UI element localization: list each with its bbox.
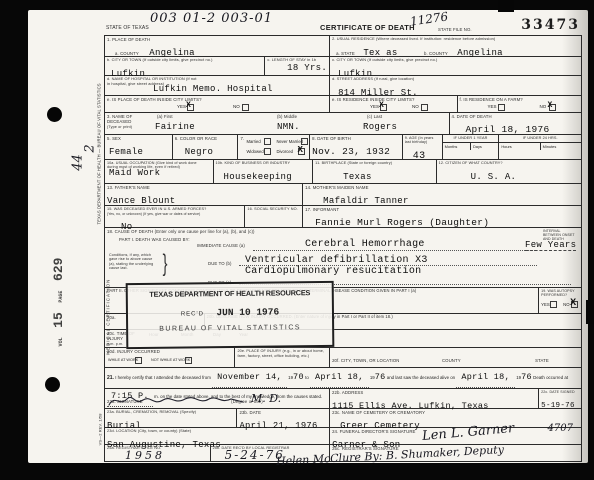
farm-no-checkbox: X	[549, 104, 556, 110]
cemetery-label: 23c. NAME OF CEMETERY OR CREMATORY	[332, 410, 579, 415]
row-hospital-street: d. NAME OF HOSPITAL OR INSTITUTION (If n…	[105, 76, 581, 96]
certification-number: 21.	[107, 375, 114, 381]
scan-artifact	[498, 0, 514, 12]
days-label: Days	[470, 143, 498, 150]
registrar-signature-cell: 25c. REGISTRAR'S SIGNATURE Helen McClure…	[330, 445, 581, 461]
injury-county-label: COUNTY	[442, 358, 461, 363]
to-word: to	[305, 375, 309, 380]
date-of-death-label: 4. DATE OF DEATH	[452, 114, 579, 119]
last-name-value: Rogers	[363, 122, 397, 132]
race-cell: 6. COLOR OR RACE Negro	[173, 135, 239, 159]
widowed-checkbox	[264, 148, 271, 154]
brace: }	[163, 250, 168, 278]
x-mark: X	[379, 101, 384, 110]
interval-value: Few Years	[525, 240, 576, 251]
burial-date-label: 23b. DATE	[239, 410, 327, 415]
informant-value: Fannie Murl Rogers (Daughter)	[315, 217, 489, 228]
residence-state-county-cell: 2. USUAL RESIDENCE (Where deceased lived…	[330, 36, 581, 56]
farm-cell: f. IS RESIDENCE ON A FARM? YES NO X	[458, 96, 581, 112]
name-cell: 3. NAME OF DECEASED (Type or print) (a) …	[105, 113, 450, 134]
date-signed-label: 22c. DATE SIGNED	[541, 390, 579, 394]
due-to-b-value-1: Ventricular defibrillation X3	[245, 255, 428, 266]
under-24-hrs-cell: IF UNDER 24 HRS. Hours Minutes	[499, 135, 581, 159]
injury-occurred-cell: 20d. INJURY OCCURRED WHILE AT WORK NOT W…	[105, 348, 235, 367]
certificate-form: MEDICAL CERTIFICATION STATE OF TEXAS 003…	[104, 15, 582, 462]
pod-county-label: a. COUNTY	[115, 51, 139, 56]
residence-section-label: 2. USUAL RESIDENCE (Where deceased lived…	[332, 37, 579, 42]
res-limits-yes-label: YES	[370, 104, 379, 109]
scanned-death-certificate: { "colors": {"paper":"#f6f4ef","ink":"#1…	[0, 0, 594, 480]
date-of-death-value: April 18, 1976	[466, 124, 550, 135]
x-mark: X	[297, 145, 302, 155]
farm-label: f. IS RESIDENCE ON A FARM?	[460, 97, 579, 102]
row-limits-farm: e. IS PLACE OF DEATH INSIDE CITY LIMITS?…	[105, 96, 581, 113]
certificate-title: CERTIFICATE OF DEATH	[320, 23, 415, 32]
checkbox	[185, 357, 192, 364]
stamp-recd-label: REC'D	[181, 311, 204, 317]
autopsy-no-checkbox: X	[571, 301, 578, 307]
hole-punch-bottom	[45, 377, 60, 392]
father-label: 13. FATHER'S NAME	[107, 185, 300, 190]
attended-from-date: November 14,	[212, 369, 287, 388]
injury-location-cell: 20f. CITY, TOWN, OR LOCATION COUNTY STAT…	[330, 348, 581, 367]
checkbox	[264, 138, 271, 145]
attended-to-date: April 18,	[310, 369, 369, 388]
row-parents: 13. FATHER'S NAME Vance Blount 14. MOTHE…	[105, 184, 581, 206]
married-checkbox	[264, 138, 271, 144]
res-limits-no-checkbox	[421, 104, 428, 110]
length-of-stay-cell: c. LENGTH OF STAY in 1b 18 Yrs.	[265, 57, 330, 75]
res-limits-label: e. IS RESIDENCE INSIDE CITY LIMITS?	[332, 97, 454, 102]
under-1-year-label: IF UNDER 1 YEAR	[443, 135, 499, 143]
sex-cell: 5. SEX Female	[105, 135, 173, 159]
business-cell: 10b. KIND OF BUSINESS OR INDUSTRY Housek…	[214, 160, 314, 183]
business-label: 10b. KIND OF BUSINESS OR INDUSTRY	[216, 161, 311, 166]
vol-number: 15	[51, 312, 66, 328]
margin-department-text: TEXAS DEPARTMENT OF HEALTH — BUREAU OF V…	[96, 95, 101, 225]
informant-label: 17. INFORMANT	[305, 207, 579, 212]
stamp-date-value: JUN 10 1976	[216, 306, 279, 318]
checkbox	[301, 138, 308, 145]
volume-page-stamp: VOL 15 PAGE 629	[49, 247, 61, 357]
attended-from-year: 70	[293, 369, 304, 387]
mother-cell: 14. MOTHER'S MAIDEN NAME Mafaldir Tanner	[303, 184, 581, 205]
not-while-at-work-checkbox	[185, 357, 192, 363]
state-file-no-label: STATE FILE NO.	[438, 27, 472, 32]
mother-label: 14. MOTHER'S MAIDEN NAME	[305, 185, 579, 190]
certification-cell: 21. I hereby certify that I attended the…	[105, 368, 581, 388]
row-sex-race-dob: 5. SEX Female 6. COLOR OR RACE Negro 7. …	[105, 135, 581, 160]
first-name-value: Fairine	[155, 122, 195, 132]
row-cause-of-death: 18. CAUSE OF DEATH (Enter only one cause…	[105, 228, 581, 288]
due-to-b-value-2: Cardiopulmonary resucitation	[245, 266, 421, 277]
citizen-label: 12. CITIZEN OF WHAT COUNTRY?	[439, 161, 579, 166]
funeral-director-cell: 24. FUNERAL DIRECTOR'S SIGNATURE Garner …	[330, 428, 581, 444]
place-of-injury-label: 20e. PLACE OF INJURY (e.g., in or about …	[237, 349, 327, 358]
immediate-cause-value: Cerebral Hemorrhage	[305, 239, 425, 250]
sex-value: Female	[109, 147, 143, 157]
burial-cell: 23a. BURIAL, CREMATION, REMOVAL (Specify…	[105, 409, 237, 427]
citizen-value: U. S. A.	[471, 172, 517, 182]
pod-city-label: b. CITY OR TOWN (If outside city limits,…	[107, 58, 262, 63]
age-cell: 9. AGE (In years last birthday) 43	[403, 135, 443, 159]
res-city-cell: c. CITY OR TOWN (If outside city limits,…	[330, 57, 581, 75]
never-married-label: Never Married	[276, 139, 303, 144]
stamp-line-2: BUREAU OF VITAL STATISTICS	[128, 324, 332, 333]
x-mark: X	[186, 101, 191, 110]
hole-punch-top	[47, 107, 62, 122]
married-label: Married	[246, 139, 260, 144]
x-mark: X	[570, 298, 576, 309]
while-at-work-checkbox	[135, 357, 142, 363]
physician-address-cell: 22b. ADDRESS 1115 Ellis Ave. Lufkin, Tex…	[330, 389, 539, 408]
pod-limits-label: e. IS PLACE OF DEATH INSIDE CITY LIMITS?	[107, 97, 327, 102]
burial-location-label: 23d. LOCATION (City, town, or county) (S…	[107, 429, 327, 434]
part1-label: PART I. DEATH WAS CAUSED BY:	[119, 237, 190, 242]
row-certification: 21. I hereby certify that I attended the…	[105, 368, 581, 389]
divorced-checkbox: X	[298, 148, 305, 154]
place-of-injury-cell: 20e. PLACE OF INJURY (e.g., in or about …	[235, 348, 330, 367]
checkbox	[135, 357, 142, 364]
autopsy-label: 19. WAS AUTOPSY PERFORMED?	[541, 289, 579, 298]
res-state-label: a. STATE	[336, 51, 355, 56]
stamp-date-line: REC'D JUN 10 1976	[128, 301, 332, 321]
pod-limits-yes-checkbox: X	[187, 104, 194, 110]
birthplace-cell: 11. BIRTHPLACE (State or foreign country…	[313, 160, 436, 183]
divorced-label: Divorced	[276, 149, 293, 154]
under-24-hrs-label: IF UNDER 24 HRS.	[499, 135, 581, 143]
conditions-note: Conditions, if any, which gave rise to a…	[109, 253, 159, 271]
stamp-line-1: TEXAS DEPARTMENT OF HEALTH RESOURCES	[128, 288, 332, 299]
physician-address-label: 22b. ADDRESS	[332, 390, 536, 395]
name-label: 3. NAME OF DECEASED	[107, 114, 141, 124]
months-label: Months	[443, 143, 470, 150]
injury-ampm-label: a.m. p.m.	[107, 342, 123, 346]
age-label: 9. AGE (In years last birthday)	[405, 136, 440, 145]
received-stamp: TEXAS DEPARTMENT OF HEALTH RESOURCES REC…	[126, 281, 335, 349]
ssn-cell: 16. SOCIAL SECURITY NO.	[245, 206, 303, 227]
dob-cell: 8. DATE OF BIRTH Nov. 23, 1932	[310, 135, 403, 159]
mother-value: Mafaldir Tanner	[323, 196, 409, 206]
father-cell: 13. FATHER'S NAME Vance Blount	[105, 184, 303, 205]
registrar-file-value: 1958	[125, 449, 165, 462]
res-limits-yes-checkbox: X	[380, 104, 387, 110]
race-label: 6. COLOR OR RACE	[175, 136, 236, 141]
certification-text-3: Death occurred at	[533, 375, 568, 380]
autopsy-yes-label: YES	[541, 302, 550, 307]
ssn-label: 16. SOCIAL SECURITY NO.	[247, 207, 300, 212]
checkbox	[242, 104, 249, 111]
last-alive-date: April 18,	[456, 369, 515, 388]
handwritten-district-codes: 003 01-2 003-01	[150, 11, 273, 26]
autopsy-no-label: NO	[563, 302, 569, 307]
row-name-dod: 3. NAME OF DECEASED (Type or print) (a) …	[105, 113, 581, 135]
handwritten-certificate-number: 11276	[409, 9, 449, 28]
place-of-death-county-cell: 1. PLACE OF DEATH a. COUNTY Angelina	[105, 36, 330, 56]
never-married-checkbox	[301, 138, 308, 144]
row-county-residence: 1. PLACE OF DEATH a. COUNTY Angelina 2. …	[105, 36, 581, 57]
pod-limits-yes-label: YES	[177, 104, 186, 109]
burial-label: 23a. BURIAL, CREMATION, REMOVAL (Specify…	[107, 410, 234, 415]
due-to-b-label: DUE TO (b)	[208, 261, 232, 266]
hospital-value: Lufkin Memo. Hospital	[153, 84, 273, 94]
page-number: 629	[51, 258, 66, 281]
citizen-cell: 12. CITIZEN OF WHAT COUNTRY? U. S. A.	[437, 160, 581, 183]
state-file-number: 33473	[521, 17, 580, 33]
farm-yes-checkbox	[498, 104, 505, 110]
certificate-header: STATE OF TEXAS 003 01-2 003-01 CERTIFICA…	[104, 15, 582, 35]
margin-handwritten-note-2: 44	[71, 151, 86, 175]
hospital-cell: d. NAME OF HOSPITAL OR INSTITUTION (If n…	[105, 76, 330, 95]
business-value: Housekeeping	[224, 172, 292, 182]
informant-cell: 17. INFORMANT Fannie Murl Rogers (Daught…	[303, 206, 581, 227]
under-1-year-cell: IF UNDER 1 YEAR Months Days	[443, 135, 500, 159]
armed-forces-note: (Yes, no, or unknown) (If yes, give war …	[107, 212, 237, 216]
res-limits-no-label: NO	[412, 104, 419, 109]
farm-yes-label: YES	[488, 104, 497, 109]
widowed-label: Widowed	[246, 149, 263, 154]
res-city-label: c. CITY OR TOWN (If outside city limits,…	[332, 58, 579, 63]
state-of-texas-label: STATE OF TEXAS	[106, 25, 149, 31]
row-armed-informant: 15. WAS DECEASED EVER IN U.S. ARMED FORC…	[105, 206, 581, 228]
certification-text-2: and last saw the deceased alive on	[387, 375, 455, 380]
hours-label: Hours	[499, 143, 539, 150]
occupation-cell: 10a. USUAL OCCUPATION (Give kind of work…	[105, 160, 214, 183]
pod-city-cell: b. CITY OR TOWN (If outside city limits,…	[105, 57, 265, 75]
date-of-death-cell: 4. DATE OF DEATH April 18, 1976	[450, 113, 581, 134]
place-of-death-section-label: 1. PLACE OF DEATH	[107, 37, 327, 42]
page-label: PAGE	[58, 291, 64, 303]
injury-occurred-label: 20d. INJURY OCCURRED	[107, 349, 232, 354]
burial-location-cell: 23d. LOCATION (City, town, or county) (S…	[105, 428, 330, 444]
under-1-year-columns: Months Days	[443, 143, 499, 150]
res-county-label: b. COUNTY	[424, 51, 448, 56]
form-grid: 1. PLACE OF DEATH a. COUNTY Angelina 2. …	[104, 35, 582, 462]
birthplace-label: 11. BIRTHPLACE (State or foreign country…	[315, 161, 433, 166]
middle-name-value: NMN.	[277, 122, 300, 132]
sex-label: 5. SEX	[107, 136, 170, 141]
scan-artifact	[586, 300, 594, 324]
burial-date-cell: 23b. DATE April 21, 1976	[237, 409, 330, 427]
attended-to-year: 76	[375, 369, 386, 387]
margin-form-number: VS—2 REV. 1/58	[99, 399, 104, 459]
certification-text-1: I hereby certify that I attended the dec…	[115, 375, 211, 380]
registrar-file-cell: 25a. REGISTRAR'S FILE NO. 1958	[105, 445, 211, 461]
pod-limits-cell: e. IS PLACE OF DEATH INSIDE CITY LIMITS?…	[105, 96, 330, 112]
row-city-stay: b. CITY OR TOWN (If outside city limits,…	[105, 57, 581, 76]
dob-label: 8. DATE OF BIRTH	[312, 136, 400, 141]
date-signed-cell: 22c. DATE SIGNED 5-19-76	[539, 389, 581, 408]
middle-name-label: (b) Middle	[277, 114, 297, 119]
last-alive-year: 76	[521, 369, 532, 387]
funeral-director-number: 4707	[548, 423, 573, 434]
checkbox	[264, 148, 271, 155]
street-address-cell: d. STREET ADDRESS (If rural, give locati…	[330, 76, 581, 95]
father-value: Vance Blount	[107, 196, 175, 206]
first-name-label: (a) First	[157, 114, 173, 119]
name-note: (Type or print)	[107, 125, 141, 130]
minutes-label: Minutes	[540, 143, 581, 150]
x-mark: X	[548, 101, 553, 110]
occupation-value: Maid Work	[109, 168, 160, 178]
street-address-label: d. STREET ADDRESS (If rural, give locati…	[332, 77, 579, 82]
row-registrar: 25a. REGISTRAR'S FILE NO. 1958 25b. DATE…	[105, 445, 581, 461]
last-name-label: (c) Last	[367, 114, 382, 119]
injury-state-label: STATE	[535, 358, 549, 363]
while-at-work-label: WHILE AT WORK	[108, 358, 138, 362]
physician-signature-cell: 22a. SIGNATURE (Degree or title) M. D.	[105, 389, 330, 408]
res-limits-cell: e. IS RESIDENCE INSIDE CITY LIMITS? YES …	[330, 96, 457, 112]
marital-label: 7.	[240, 136, 244, 141]
armed-forces-cell: 15. WAS DECEASED EVER IN U.S. ARMED FORC…	[105, 206, 245, 227]
pod-limits-no-label: NO	[233, 104, 240, 109]
row-funeral-director: 23d. LOCATION (City, town, or county) (S…	[105, 428, 581, 445]
farm-no-label: NO	[540, 104, 547, 109]
cause-of-death-label: 18. CAUSE OF DEATH (Enter only one cause…	[107, 229, 255, 234]
checkbox	[498, 104, 505, 111]
row-occupation: 10a. USUAL OCCUPATION (Give kind of work…	[105, 160, 581, 184]
race-value: Negro	[185, 147, 214, 157]
row-physician: 22a. SIGNATURE (Degree or title) M. D. 2…	[105, 389, 581, 409]
paper-sheet: TEXAS DEPARTMENT OF HEALTH — BUREAU OF V…	[28, 10, 588, 463]
injury-city-label: 20f. CITY, TOWN, OR LOCATION	[332, 358, 399, 363]
dob-value: Nov. 23, 1932	[312, 146, 390, 157]
immediate-cause-label: IMMEDIATE CAUSE (a)	[197, 243, 245, 248]
row-injury-place: 20d. INJURY OCCURRED WHILE AT WORK NOT W…	[105, 348, 581, 368]
cemetery-cell: 23c. NAME OF CEMETERY OR CREMATORY Greer…	[330, 409, 581, 427]
degree-value: M. D.	[251, 392, 281, 405]
marital-status-cell: 7. Married Never Married Widowed Divorce…	[238, 135, 310, 159]
scan-artifact	[588, 140, 594, 170]
autopsy-yes-checkbox	[550, 301, 557, 307]
pod-limits-no-checkbox	[242, 104, 249, 110]
birthplace-value: Texas	[343, 172, 372, 182]
checkbox	[550, 301, 557, 308]
physician-signature	[107, 393, 247, 408]
under-24-hrs-columns: Hours Minutes	[499, 143, 581, 150]
checkbox	[421, 104, 428, 111]
autopsy-cell: 19. WAS AUTOPSY PERFORMED? YES NO X	[539, 288, 581, 313]
cause-of-death-cell: 18. CAUSE OF DEATH (Enter only one cause…	[105, 228, 581, 287]
length-of-stay-value: 18 Yrs.	[287, 63, 327, 73]
vol-label: VOL	[58, 337, 64, 346]
